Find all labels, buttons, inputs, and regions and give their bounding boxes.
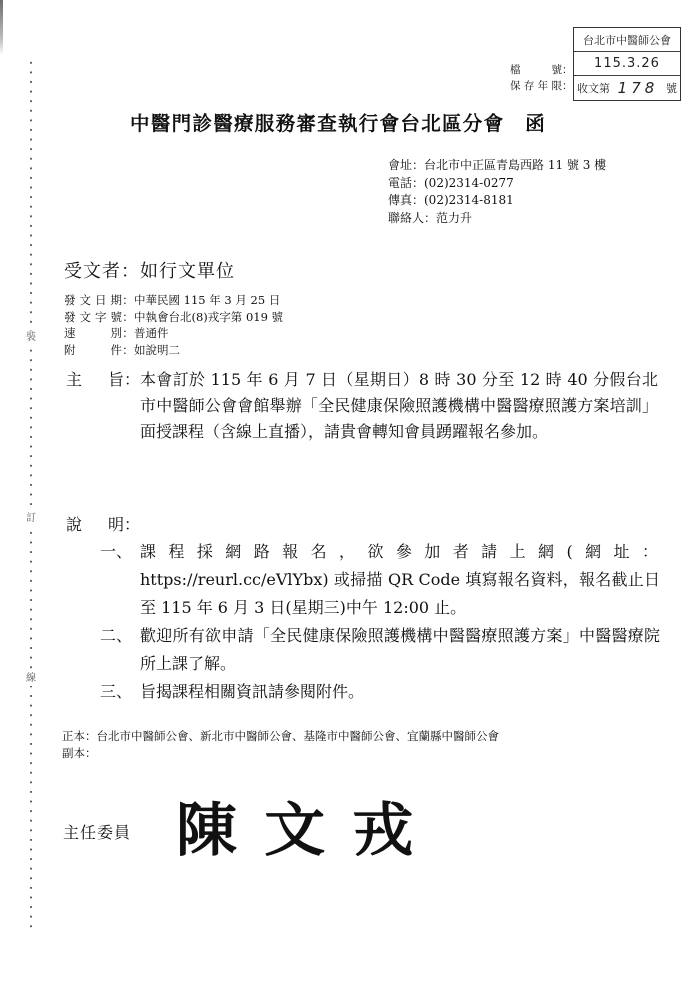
meta-date-row: 發文日期 ： 中華民國 115 年 3 月 25 日 [64, 292, 283, 309]
explanation-item-3: 三、 旨揭課程相關資訊請參閱附件。 [100, 678, 660, 706]
meta-attachment-row: 附件 ： 如說明二 [64, 342, 283, 359]
explanation-item-2: 二、 歡迎所有欲申請「全民健康保險照護機構中醫醫療照護方案」中醫醫療院所上課了解… [100, 622, 660, 678]
recipient-value: 如行文單位 [140, 261, 235, 282]
stamp-organization: 台北市中醫師公會 [574, 28, 680, 52]
cc-recipients: 副本： [62, 745, 499, 762]
registration-info: https://reurl.cc/eVlYbx) 或掃描 QR Code 填寫報… [140, 570, 660, 617]
meta-speed-row: 速別 ： 普通件 [64, 325, 283, 342]
issue-date: 中華民國 115 年 3 月 25 日 [134, 292, 280, 309]
document-meta: 發文日期 ： 中華民國 115 年 3 月 25 日 發文字號 ： 中執會台北(… [64, 292, 283, 358]
speed-value: 普通件 [134, 325, 169, 342]
binding-mark-bind: 裝 [24, 331, 38, 345]
contact-person: 聯絡人：范力升 [388, 210, 606, 228]
subject-text: 本會訂於 115 年 6 月 7 日（星期日）8 時 30 分至 12 時 40… [140, 367, 658, 445]
recipient-label: 受文者 [64, 261, 121, 282]
stamp-received-number: 收文第 178 號 [574, 76, 680, 99]
retention-label: 保存年限 [510, 78, 562, 94]
explanation-heading: 說明： [66, 512, 140, 538]
retention-row: 保存年限 ： [510, 78, 570, 94]
original-recipients: 正本：台北市中醫師公會、新北市中醫師公會、基隆市中醫師公會、宜蘭縣中醫師公會 [62, 728, 499, 745]
recipient: 受文者：如行文單位 [64, 257, 235, 283]
archive-fields: 檔 號 ： 保存年限 ： [510, 62, 570, 94]
received-stamp: 台北市中醫師公會 115.3.26 收文第 178 號 [573, 27, 681, 101]
binding-dotted-line [30, 58, 32, 928]
contact-fax: 傳真：(02)2314-8181 [388, 192, 606, 210]
binding-mark-line: 線 [24, 672, 38, 686]
binding-mark-staple: 訂 [24, 512, 38, 526]
file-number-label: 檔 號 [510, 62, 562, 78]
scan-edge [0, 0, 3, 55]
copies-block: 正本：台北市中醫師公會、新北市中醫師公會、基隆市中醫師公會、宜蘭縣中醫師公會 副… [62, 728, 499, 762]
document-title: 中醫門診醫療服務審查執行會台北區分會 函 [130, 108, 546, 136]
subject-section: 主旨 ： 本會訂於 115 年 6 月 7 日（星期日）8 時 30 分至 12… [66, 367, 666, 445]
meta-ref-row: 發文字號 ： 中執會台北(8)戎字第 019 號 [64, 309, 283, 326]
reference-number: 中執會台北(8)戎字第 019 號 [134, 309, 283, 326]
stamp-date: 115.3.26 [574, 52, 680, 76]
signature: 陳文戎 [176, 790, 441, 870]
contact-address: 會址：台北市中正區青島西路 11 號 3 樓 [388, 157, 606, 175]
attachment-value: 如說明二 [134, 342, 180, 359]
received-number: 178 [618, 79, 659, 97]
signatory-title: 主任委員 [63, 820, 131, 843]
contact-phone: 電話：(02)2314-0277 [388, 175, 606, 193]
file-number-row: 檔 號 ： [510, 62, 570, 78]
contact-block: 會址：台北市中正區青島西路 11 號 3 樓 電話：(02)2314-0277 … [388, 157, 606, 227]
explanation-item-1: 一、 課程採網路報名，欲參加者請上網(網址： https://reurl.cc/… [100, 538, 660, 622]
subject-label: 主旨 ： [66, 367, 140, 393]
